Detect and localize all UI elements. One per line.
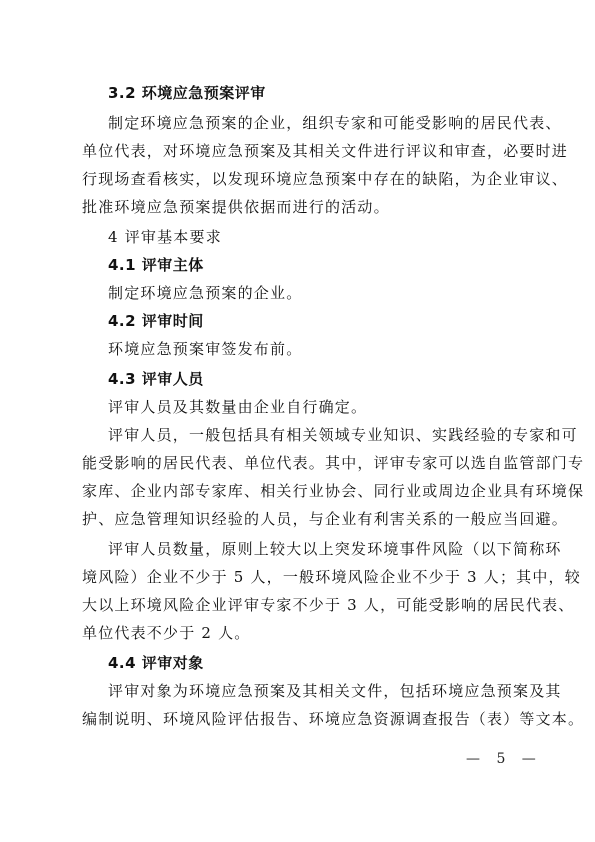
paragraph-line: 制定环境应急预案的企业，组织专家和可能受影响的居民代表、	[108, 114, 562, 132]
paragraph-line: 评审人员及其数量由企业自行确定。	[108, 398, 367, 416]
paragraph-line: 评审人员数量，原则上较大以上突发环境事件风险（以下简称环	[108, 540, 562, 558]
paragraph-line: 单位代表不少于 2 人。	[82, 624, 250, 642]
paragraph-line: 境风险）企业不少于 5 人，一般环境风险企业不少于 3 人；其中，较	[82, 568, 581, 586]
heading-3-2: 3.2 环境应急预案评审	[108, 84, 266, 102]
paragraph-line: 大以上环境风险企业评审专家不少于 3 人，可能受影响的居民代表、	[82, 596, 574, 614]
paragraph-line: 环境应急预案审签发布前。	[108, 340, 302, 358]
paragraph-line: 批准环境应急预案提供依据而进行的活动。	[82, 198, 390, 216]
heading-4-3: 4.3 评审人员	[108, 370, 204, 388]
paragraph-line: 家库、企业内部专家库、相关行业协会、同行业或周边企业具有环境保	[82, 482, 584, 500]
heading-4-1: 4.1 评审主体	[108, 256, 204, 274]
paragraph-line: 护、应急管理知识经验的人员，与企业有利害关系的一般应当回避。	[82, 510, 568, 528]
document-page: 3.2 环境应急预案评审 制定环境应急预案的企业，组织专家和可能受影响的居民代表…	[0, 0, 595, 842]
paragraph-line: 能受影响的居民代表、单位代表。其中，评审专家可以选自监管部门专	[82, 454, 584, 472]
paragraph-line: 编制说明、环境风险评估报告、环境应急资源调查报告（表）等文本。	[82, 710, 584, 728]
paragraph-line: 评审对象为环境应急预案及其相关文件，包括环境应急预案及其	[108, 682, 562, 700]
paragraph-line: 评审人员，一般包括具有相关领域专业知识、实践经验的专家和可	[108, 426, 578, 444]
page-number: — 5 —	[466, 751, 542, 767]
heading-4-2: 4.2 评审时间	[108, 312, 204, 330]
heading-4: 4 评审基本要求	[108, 228, 222, 246]
paragraph-line: 制定环境应急预案的企业。	[108, 284, 302, 302]
paragraph-line: 行现场查看核实，以发现环境应急预案中存在的缺陷，为企业审议、	[82, 170, 568, 188]
paragraph-line: 单位代表，对环境应急预案及其相关文件进行评议和审查，必要时进	[82, 142, 568, 160]
heading-4-4: 4.4 评审对象	[108, 654, 204, 672]
